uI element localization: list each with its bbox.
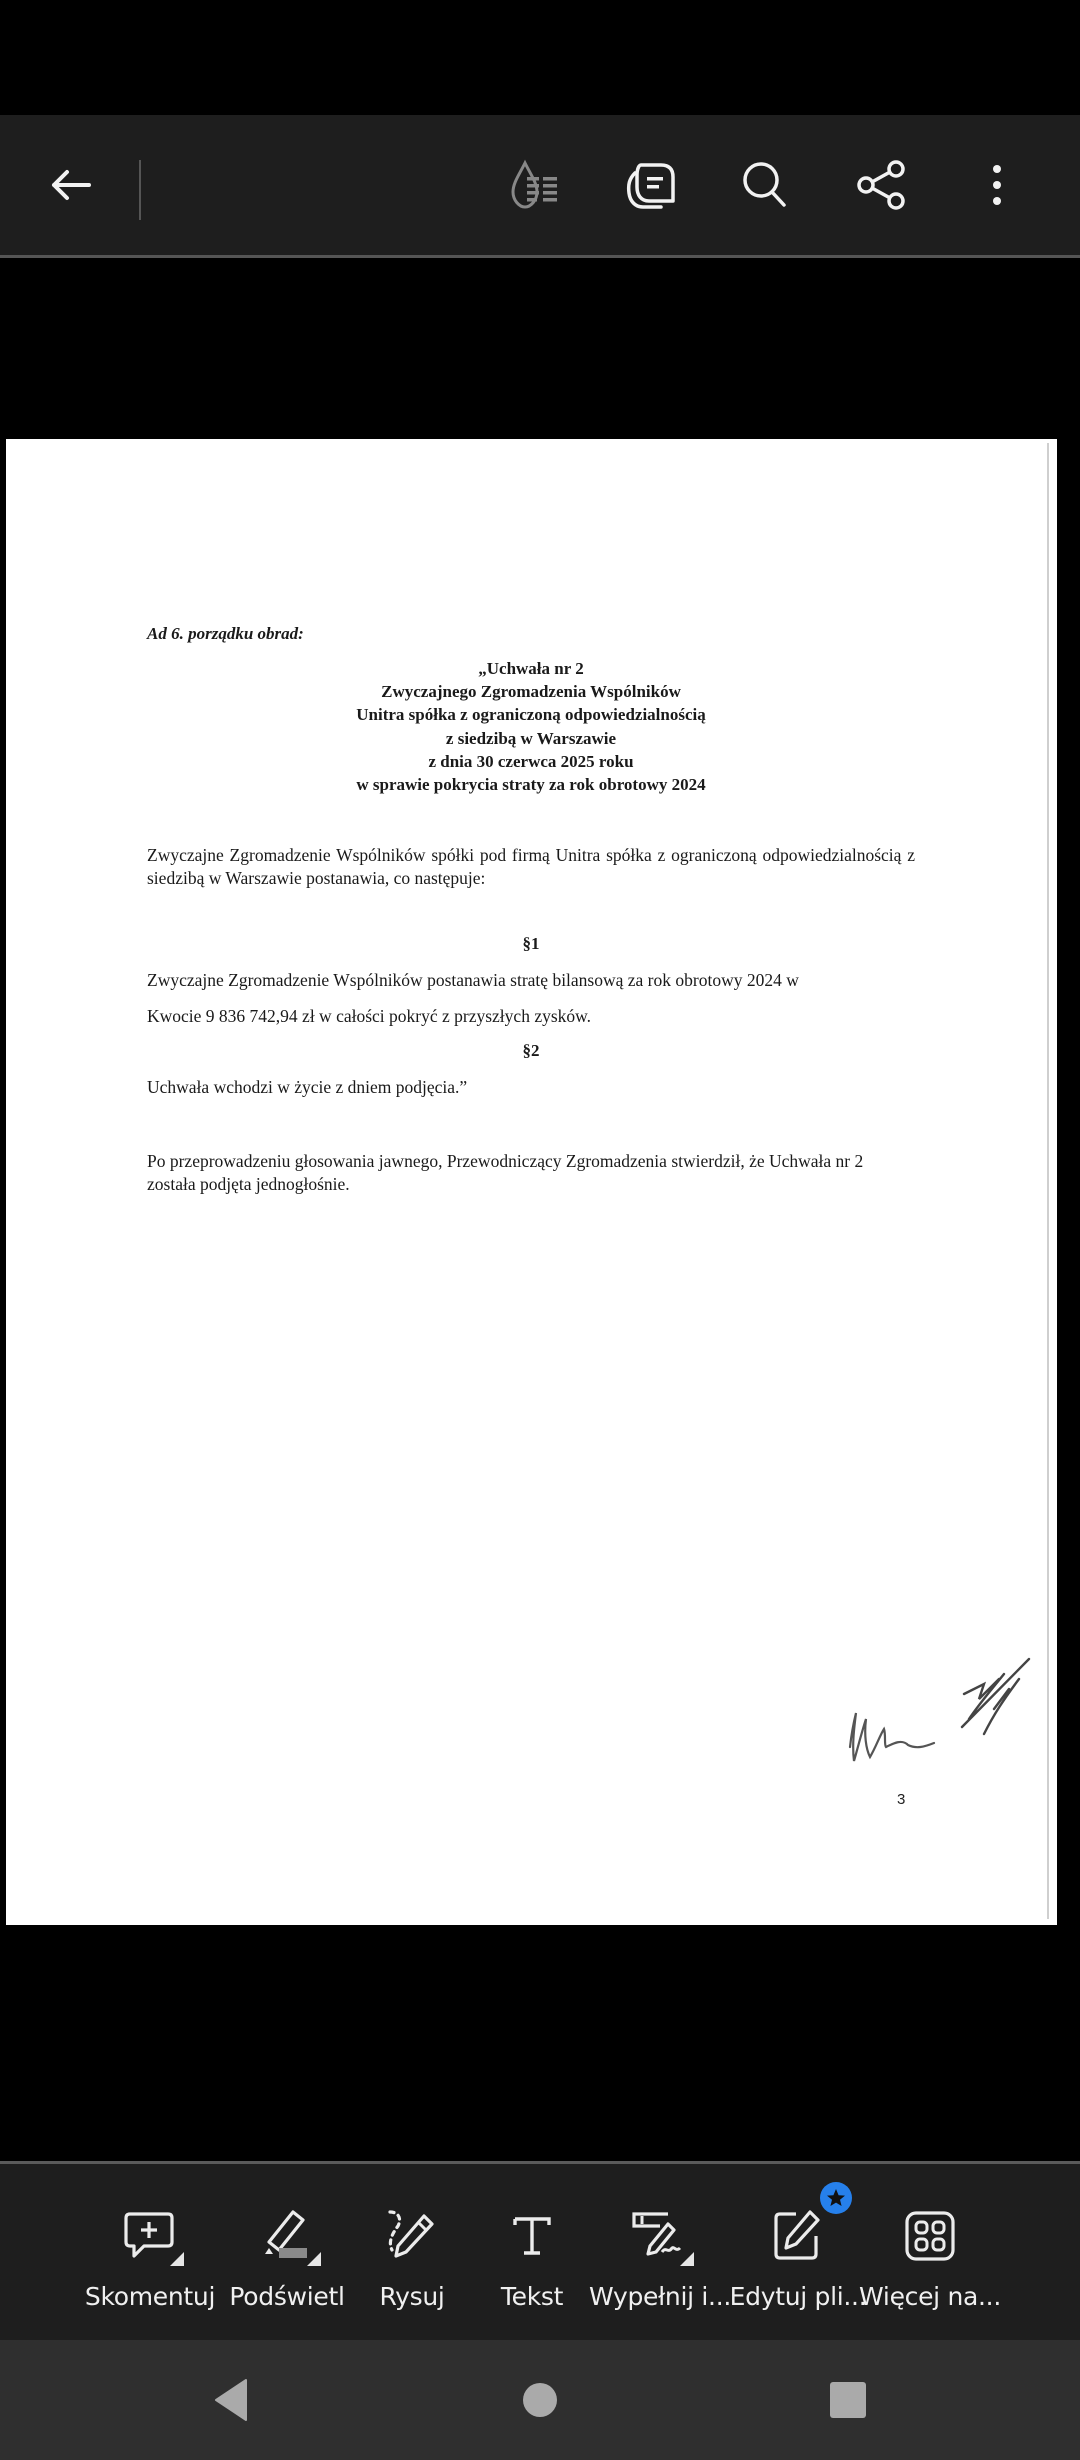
- tool-edit-pdf[interactable]: Edytuj pli...: [728, 2164, 868, 2340]
- title-line: z siedzibą w Warszawie: [147, 727, 915, 750]
- fill-sign-icon: [628, 2204, 692, 2268]
- section-1-mark: §1: [147, 932, 915, 955]
- text-icon: [500, 2204, 564, 2268]
- bottom-toolbar: Skomentuj Podświetl Rysuj Tekst Wypełnij…: [0, 2161, 1080, 2340]
- system-nav-bar: [0, 2340, 1080, 2460]
- toolbar-divider: [139, 160, 141, 220]
- tool-more[interactable]: Więcej na...: [862, 2164, 998, 2340]
- section-2-text: Uchwała wchodzi w życie z dniem podjęcia…: [147, 1076, 915, 1099]
- tool-fill-sign[interactable]: Wypełnij i...: [590, 2164, 730, 2340]
- title-line: „Uchwała nr 2: [147, 657, 915, 680]
- highlight-icon: [255, 2204, 319, 2268]
- expand-corner-icon: [307, 2252, 321, 2266]
- resolution-title: „Uchwała nr 2 Zwyczajnego Zgromadzenia W…: [147, 657, 915, 796]
- tool-label: Więcej na...: [859, 2282, 1001, 2311]
- title-line: z dnia 30 czerwca 2025 roku: [147, 750, 915, 773]
- nav-back-icon[interactable]: [200, 2370, 260, 2430]
- tool-comment[interactable]: Skomentuj: [82, 2164, 218, 2340]
- liquid-mode-icon[interactable]: [507, 155, 567, 215]
- edit-pdf-icon: [766, 2204, 830, 2268]
- nav-recents-icon[interactable]: [818, 2370, 878, 2430]
- document-viewer[interactable]: Ad 6. porządku obrad: „Uchwała nr 2 Zwyc…: [0, 258, 1080, 2161]
- tool-highlight[interactable]: Podświetl: [222, 2164, 352, 2340]
- closing-paragraph: Po przeprowadzeniu głosowania jawnego, P…: [147, 1150, 915, 1196]
- more-options-icon[interactable]: [967, 155, 1027, 215]
- tool-label: Podświetl: [229, 2282, 344, 2311]
- nav-home-icon[interactable]: [510, 2370, 570, 2430]
- more-tools-icon: [898, 2204, 962, 2268]
- title-line: w sprawie pokrycia straty za rok obrotow…: [147, 773, 915, 796]
- section-1-text-line: Zwyczajne Zgromadzenie Wspólników postan…: [147, 969, 915, 992]
- title-line: Unitra spółka z ograniczoną odpowiedzial…: [147, 703, 915, 726]
- tool-label: Edytuj pli...: [730, 2282, 867, 2311]
- top-toolbar: [0, 115, 1080, 258]
- draw-icon: [380, 2204, 444, 2268]
- title-line: Zwyczajnego Zgromadzenia Wspólników: [147, 680, 915, 703]
- section-1-text-line: Kwocie 9 836 742,94 zł w całości pokryć …: [147, 1005, 915, 1028]
- premium-star-badge-icon: [820, 2182, 852, 2214]
- intro-paragraph: Zwyczajne Zgromadzenie Wspólników spółki…: [147, 844, 915, 890]
- tool-label: Skomentuj: [85, 2282, 215, 2311]
- add-comment-icon: [118, 2204, 182, 2268]
- comments-icon[interactable]: [621, 155, 681, 215]
- tool-label: Wypełnij i...: [589, 2282, 731, 2311]
- document-page: Ad 6. porządku obrad: „Uchwała nr 2 Zwyc…: [6, 439, 1057, 1925]
- tool-text[interactable]: Tekst: [490, 2164, 574, 2340]
- share-icon[interactable]: [852, 155, 912, 215]
- tool-label: Tekst: [501, 2282, 563, 2311]
- page-number: 3: [897, 1791, 905, 1808]
- expand-corner-icon: [170, 2252, 184, 2266]
- search-icon[interactable]: [736, 155, 796, 215]
- section-2-mark: §2: [147, 1039, 915, 1062]
- tool-label: Rysuj: [379, 2282, 444, 2311]
- expand-corner-icon: [680, 2252, 694, 2266]
- tool-draw[interactable]: Rysuj: [370, 2164, 454, 2340]
- back-arrow-icon[interactable]: [40, 155, 100, 215]
- scan-edge-line: [1047, 443, 1049, 1919]
- signature-icon: [844, 1649, 1044, 1779]
- agenda-heading: Ad 6. porządku obrad:: [147, 622, 915, 645]
